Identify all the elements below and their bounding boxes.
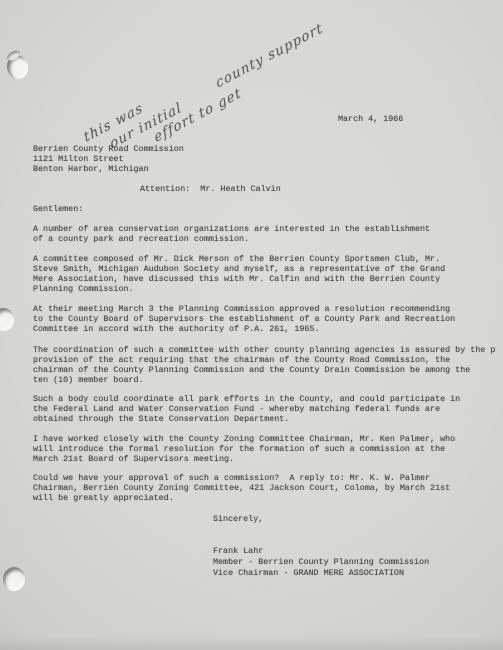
punch-hole-top: [5, 53, 31, 81]
salutation: Gentlemen:: [33, 204, 83, 214]
body-paragraph-7: Could we have your approval of such a co…: [33, 473, 450, 503]
handwritten-line-1: this was: [82, 100, 145, 146]
body-paragraph-5: Such a body could coordinate all park ef…: [33, 394, 460, 424]
body-paragraph-6: I have worked closely with the County Zo…: [33, 434, 455, 464]
recipient-address: Berrien County Road Commission 1121 Milt…: [33, 144, 184, 174]
punch-hole-bottom: [1, 566, 26, 593]
handwritten-line-3: effort to get: [152, 85, 243, 146]
body-paragraph-1: A number of area conservation organizati…: [33, 224, 430, 244]
signature-block: Frank Lahr Member - Berrien County Plann…: [213, 546, 429, 579]
handwritten-line-4: county support: [214, 20, 325, 92]
letter-date: March 4, 1966: [338, 114, 403, 124]
body-paragraph-4: The coordination of such a committee wit…: [33, 345, 503, 385]
punch-hole-middle: [0, 308, 14, 331]
scanned-letter-page: this was our initial effort to get count…: [0, 0, 503, 650]
closing-salutation: Sincerely,: [213, 514, 263, 524]
body-paragraph-3: At their meeting March 3 the Planning Co…: [33, 304, 455, 334]
attention-line: Attention: Mr. Heath Calvin: [140, 184, 281, 194]
body-paragraph-2: A committee composed of Mr. Dick Merson …: [33, 254, 445, 294]
